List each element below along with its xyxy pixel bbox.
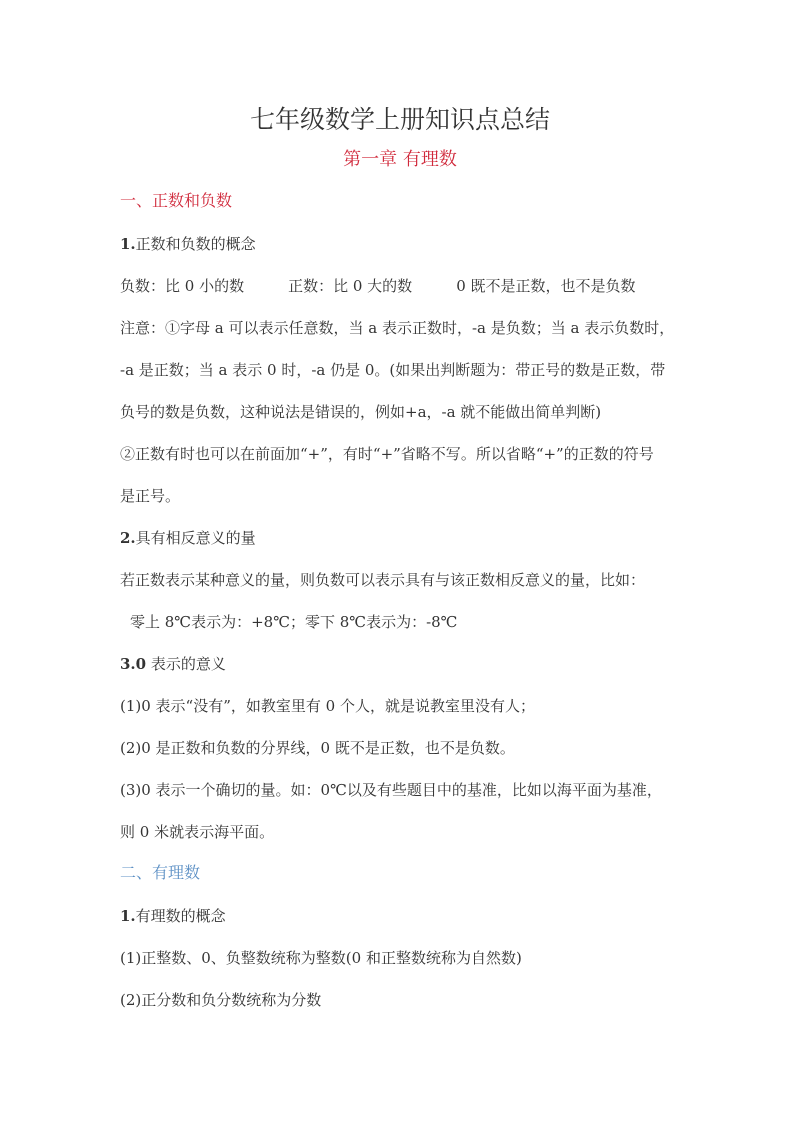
note-line-5: 是正号。 — [120, 486, 180, 506]
subsection-number: 1. — [120, 907, 136, 925]
rational-line-2: (2)正分数和负分数统称为分数 — [120, 990, 321, 1010]
chapter-heading: 第一章 有理数 — [0, 145, 800, 171]
subsection-title: 表示的意义 — [146, 655, 226, 673]
subsection-heading-opposite-quantities: 2.具有相反意义的量 — [120, 528, 256, 548]
note-line-2: -a 是正数；当 a 表示 0 时，-a 仍是 0。(如果出判断题为：带正号的数… — [120, 360, 665, 380]
note-line-4: ②正数有时也可以在前面加“+”，有时“+”省略不写。所以省略“+”的正数的符号 — [120, 444, 654, 464]
rational-line-1: (1)正整数、0、负整数统称为整数(0 和正整数统称为自然数) — [120, 948, 522, 968]
note-line-1: 注意：①字母 a 可以表示任意数，当 a 表示正数时，-a 是负数；当 a 表示… — [120, 318, 674, 338]
opposite-line-1: 若正数表示某种意义的量，则负数可以表示具有与该正数相反意义的量，比如： — [120, 570, 645, 590]
note-line-3: 负号的数是负数，这种说法是错误的，例如+a，-a 就不能做出简单判断) — [120, 402, 601, 422]
subsection-title: 有理数的概念 — [136, 907, 226, 925]
zero-line-1: (1)0 表示“没有”，如教室里有 0 个人，就是说教室里没有人； — [120, 696, 535, 716]
subsection-heading-concept: 1.正数和负数的概念 — [120, 234, 256, 254]
subsection-title: 具有相反意义的量 — [136, 529, 256, 547]
zero-line-4: 则 0 米就表示海平面。 — [120, 822, 274, 842]
zero-line-2: (2)0 是正数和负数的分界线，0 既不是正数，也不是负数。 — [120, 738, 515, 758]
document-page: 七年级数学上册知识点总结 第一章 有理数 一、正数和负数 1.正数和负数的概念 … — [0, 0, 800, 1132]
subsection-number: 3.0 — [120, 655, 146, 673]
definitions-line: 负数：比 0 小的数正数：比 0 大的数0 既不是正数，也不是负数 — [120, 276, 636, 296]
document-title: 七年级数学上册知识点总结 — [0, 100, 800, 136]
subsection-heading-zero-meaning: 3.0 表示的意义 — [120, 654, 226, 674]
negative-definition: 负数：比 0 小的数 — [120, 277, 244, 295]
subsection-title: 正数和负数的概念 — [136, 235, 256, 253]
section-heading-rational-numbers: 二、有理数 — [120, 863, 200, 883]
zero-definition: 0 既不是正数，也不是负数 — [456, 277, 635, 295]
section-heading-positive-negative: 一、正数和负数 — [120, 191, 232, 211]
subsection-number: 2. — [120, 529, 136, 547]
subsection-number: 1. — [120, 235, 136, 253]
zero-line-3: (3)0 表示一个确切的量。如：0℃以及有些题目中的基准，比如以海平面为基准， — [120, 780, 662, 800]
opposite-line-2: 零上 8℃表示为：+8℃；零下 8℃表示为：-8℃ — [130, 612, 457, 632]
positive-definition: 正数：比 0 大的数 — [288, 277, 412, 295]
subsection-heading-rational-concept: 1.有理数的概念 — [120, 906, 226, 926]
